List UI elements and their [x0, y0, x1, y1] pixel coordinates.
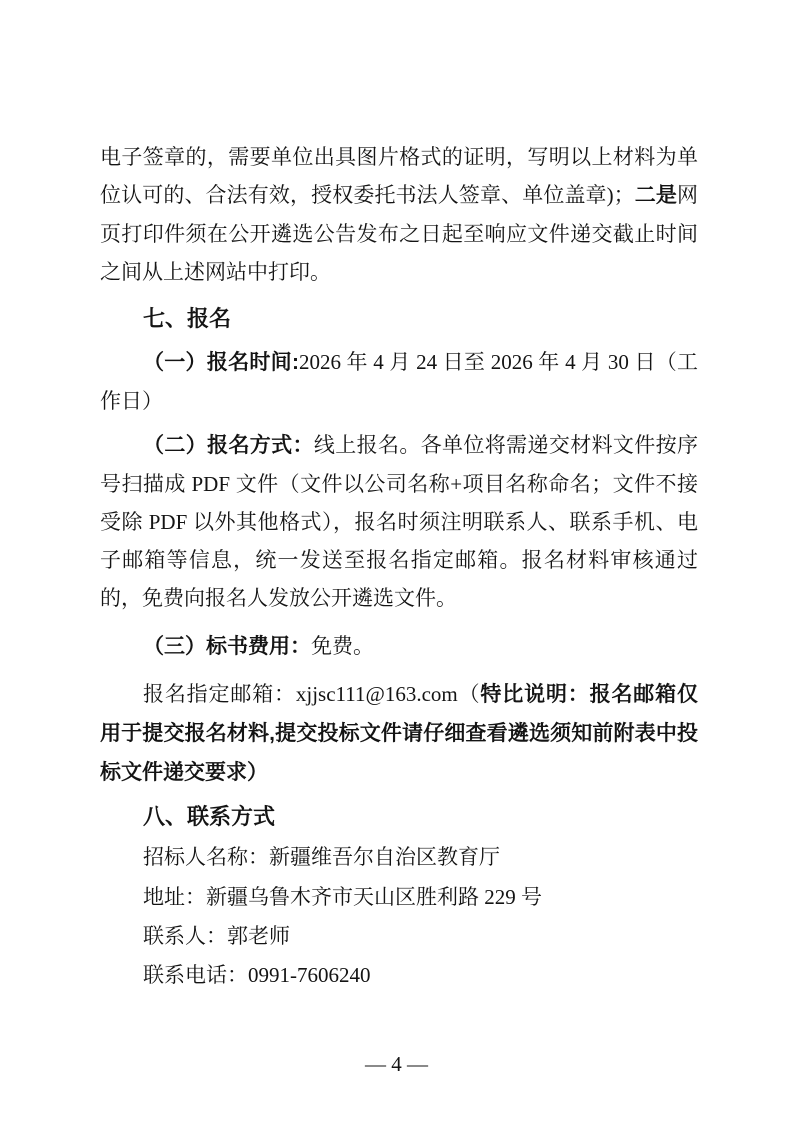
document-body: 电子签章的，需要单位出具图片格式的证明，写明以上材料为单位认可的、合法有效，授权… — [100, 138, 698, 994]
paragraph-registration-time: （一）报名时间:2026 年 4 月 24 日至 2026 年 4 月 30 日… — [100, 343, 698, 420]
label-registration-method: （二）报名方式： — [143, 434, 314, 457]
section-heading-contact: 八、联系方式 — [100, 798, 698, 836]
paragraph-bid-document-fee: （三）标书费用：免费。 — [100, 627, 698, 666]
paragraph-electronic-signature: 电子签章的，需要单位出具图片格式的证明，写明以上材料为单位认可的、合法有效，授权… — [100, 138, 698, 291]
text-run-email: 报名指定邮箱：xjjsc111@163.com（ — [143, 682, 480, 706]
paragraph-contact-phone: 联系电话：0991-7606240 — [100, 956, 698, 994]
text-run: 地址：新疆乌鲁木齐市天山区胜利路 229 号 — [143, 885, 542, 909]
paragraph-registration-method: （二）报名方式：线上报名。各单位将需递交材料文件按序号扫描成 PDF 文件（文件… — [100, 426, 698, 617]
paragraph-address: 地址：新疆乌鲁木齐市天山区胜利路 229 号 — [100, 878, 698, 916]
paragraph-tenderer-name: 招标人名称：新疆维吾尔自治区教育厅 — [100, 838, 698, 876]
text-run-emphasis: 二是 — [635, 184, 677, 207]
paragraph-registration-email: 报名指定邮箱：xjjsc111@163.com（特比说明：报名邮箱仅用于提交报名… — [100, 675, 698, 792]
label-registration-time: （一）报名时间: — [143, 351, 299, 374]
page-footer: — 4 — — [0, 1045, 793, 1083]
text-run: 电子签章的，需要单位出具图片格式的证明，写明以上材料为单位认可的、合法有效，授权… — [100, 145, 698, 207]
page-number: — 4 — — [365, 1052, 428, 1076]
paragraph-contact-person: 联系人：郭老师 — [100, 917, 698, 955]
document-page: 电子签章的，需要单位出具图片格式的证明，写明以上材料为单位认可的、合法有效，授权… — [0, 0, 793, 1122]
heading-text: 七、报名 — [143, 306, 231, 331]
text-run: 招标人名称：新疆维吾尔自治区教育厅 — [143, 845, 500, 869]
label-bid-document-fee: （三）标书费用： — [143, 635, 311, 658]
section-heading-registration: 七、报名 — [100, 300, 698, 338]
text-run: 免费。 — [311, 634, 374, 658]
text-run: 线上报名。各单位将需递交材料文件按序号扫描成 PDF 文件（文件以公司名称+项目… — [100, 433, 698, 610]
heading-text: 八、联系方式 — [143, 804, 275, 829]
text-run: 联系人：郭老师 — [143, 924, 290, 948]
text-run: 联系电话：0991-7606240 — [143, 963, 371, 987]
